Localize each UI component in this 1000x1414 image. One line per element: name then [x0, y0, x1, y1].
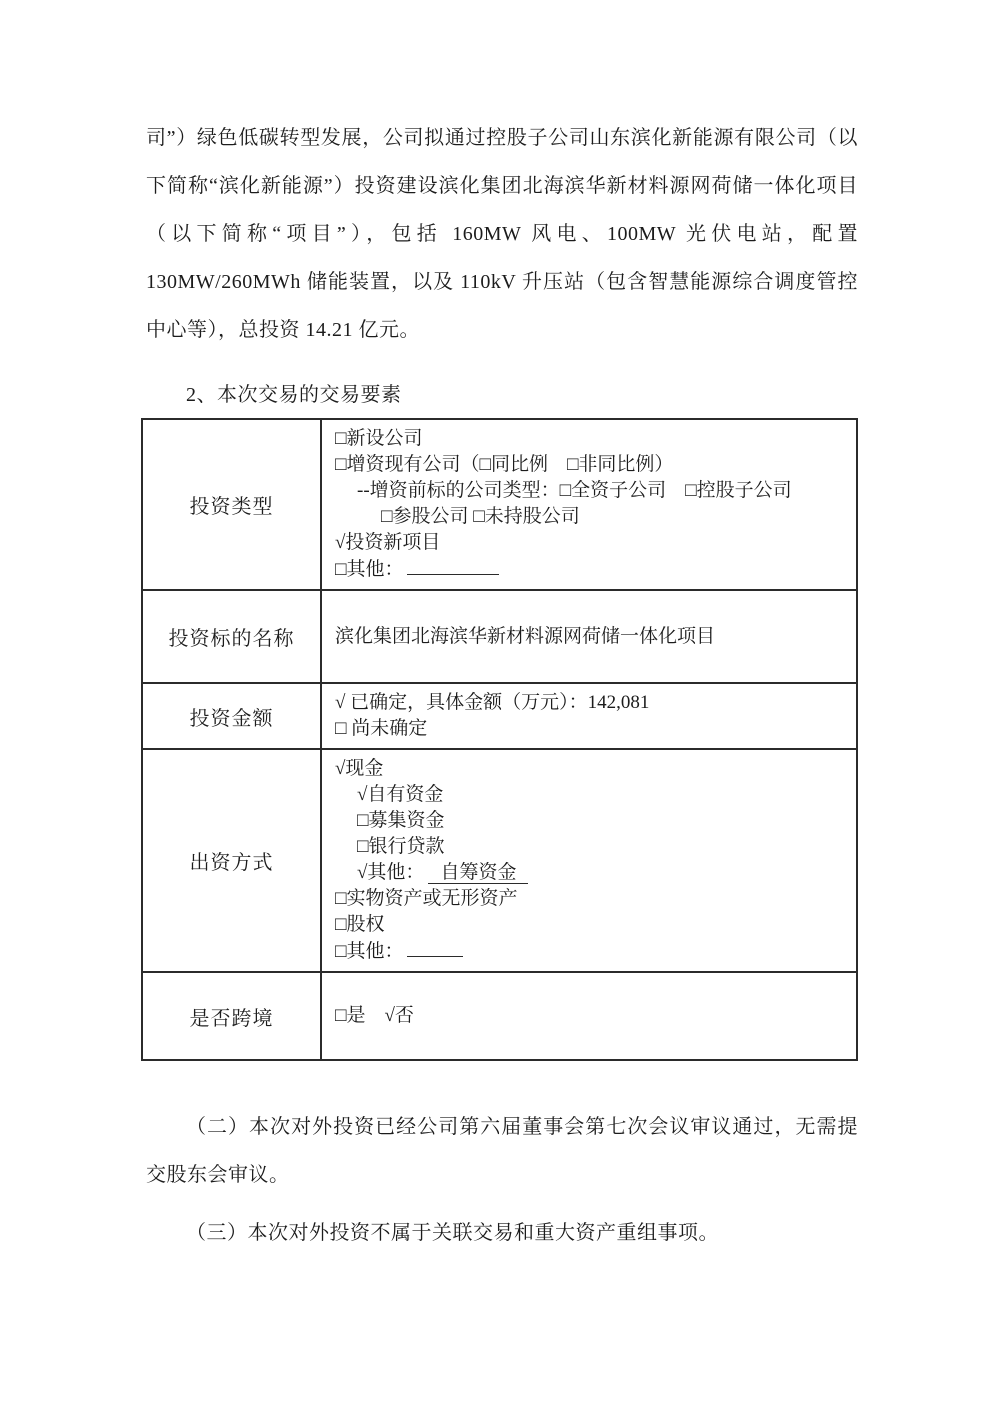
option-line: □募集资金 [335, 808, 846, 834]
option-text: □是 √否 [335, 1005, 414, 1026]
option-line: □是 √否 [335, 1003, 846, 1029]
option-text: □募集资金 [357, 810, 444, 831]
option-text: □增资现有公司（□同比例 □非同比例） [335, 454, 673, 475]
option-line: □其他： [335, 938, 846, 965]
closing-paragraphs: （二）本次对外投资已经公司第六届董事会第七次会议审议通过，无需提交股东会审议。（… [146, 1103, 858, 1257]
option-text: □其他： [335, 941, 403, 962]
row-content-investment-amount: √ 已确定，具体金额（万元）：142,081□ 尚未确定 [321, 683, 857, 749]
option-line: □银行贷款 [335, 834, 846, 860]
option-text: √投资新项目 [335, 532, 440, 553]
option-line: □参股公司 □未持股公司 [335, 504, 846, 530]
option-line: √ 已确定，具体金额（万元）：142,081 [335, 690, 846, 716]
option-text: √其他： [357, 862, 424, 883]
option-text: □新设公司 [335, 428, 422, 449]
option-text: □股权 [335, 914, 384, 935]
option-line: □实物资产或无形资产 [335, 886, 846, 912]
blank-underline [407, 938, 463, 957]
document-page: 司”）绿色低碳转型发展，公司拟通过控股子公司山东滨化新能源有限公司（以下简称“滨… [0, 0, 1000, 1414]
option-text: □参股公司 □未持股公司 [381, 506, 580, 527]
option-line: √其他：自筹资金 [335, 860, 846, 886]
transaction-elements-table: 投资类型□新设公司□增资现有公司（□同比例 □非同比例）--增资前标的公司类型：… [141, 418, 858, 1061]
row-label-target-name: 投资标的名称 [142, 590, 321, 683]
option-text: --增资前标的公司类型：□全资子公司 □控股子公司 [357, 480, 792, 501]
row-label-funding-method: 出资方式 [142, 749, 321, 972]
option-text: √ 已确定，具体金额（万元）：142,081 [335, 692, 649, 713]
option-line: 滨化集团北海滨华新材料源网荷储一体化项目 [335, 624, 846, 650]
option-line: □股权 [335, 912, 846, 938]
row-content-investment-type: □新设公司□增资现有公司（□同比例 □非同比例）--增资前标的公司类型：□全资子… [321, 419, 857, 590]
closing-paragraph-1: （二）本次对外投资已经公司第六届董事会第七次会议审议通过，无需提交股东会审议。 [146, 1103, 858, 1199]
option-text: □ 尚未确定 [335, 718, 427, 739]
option-line: --增资前标的公司类型：□全资子公司 □控股子公司 [335, 478, 846, 504]
row-label-investment-amount: 投资金额 [142, 683, 321, 749]
option-text: □实物资产或无形资产 [335, 888, 517, 909]
table-row-target-name: 投资标的名称滨化集团北海滨华新材料源网荷储一体化项目 [142, 590, 857, 683]
table-row-investment-amount: 投资金额√ 已确定，具体金额（万元）：142,081□ 尚未确定 [142, 683, 857, 749]
blank-underline [407, 556, 499, 575]
option-line: √现金 [335, 756, 846, 782]
table-row-cross-border: 是否跨境□是 √否 [142, 972, 857, 1060]
option-text: □其他： [335, 559, 403, 580]
row-label-investment-type: 投资类型 [142, 419, 321, 590]
intro-paragraph: 司”）绿色低碳转型发展，公司拟通过控股子公司山东滨化新能源有限公司（以下简称“滨… [146, 114, 858, 354]
option-line: □增资现有公司（□同比例 □非同比例） [335, 452, 846, 478]
table-row-funding-method: 出资方式√现金√自有资金□募集资金□银行贷款√其他：自筹资金□实物资产或无形资产… [142, 749, 857, 972]
option-line: √自有资金 [335, 782, 846, 808]
option-line: √投资新项目 [335, 530, 846, 556]
row-content-funding-method: √现金√自有资金□募集资金□银行贷款√其他：自筹资金□实物资产或无形资产□股权□… [321, 749, 857, 972]
closing-paragraph-2: （三）本次对外投资不属于关联交易和重大资产重组事项。 [146, 1209, 858, 1257]
option-text: □银行贷款 [357, 836, 444, 857]
option-text: √自有资金 [357, 784, 443, 805]
option-line: □ 尚未确定 [335, 716, 846, 742]
filled-blank: 自筹资金 [428, 862, 528, 884]
section-heading: 2、本次交易的交易要素 [146, 380, 858, 410]
option-text: 滨化集团北海滨华新材料源网荷储一体化项目 [335, 626, 715, 647]
option-line: □新设公司 [335, 426, 846, 452]
row-content-cross-border: □是 √否 [321, 972, 857, 1060]
row-label-cross-border: 是否跨境 [142, 972, 321, 1060]
option-line: □其他： [335, 556, 846, 583]
option-text: √现金 [335, 758, 383, 779]
table-row-investment-type: 投资类型□新设公司□增资现有公司（□同比例 □非同比例）--增资前标的公司类型：… [142, 419, 857, 590]
row-content-target-name: 滨化集团北海滨华新材料源网荷储一体化项目 [321, 590, 857, 683]
